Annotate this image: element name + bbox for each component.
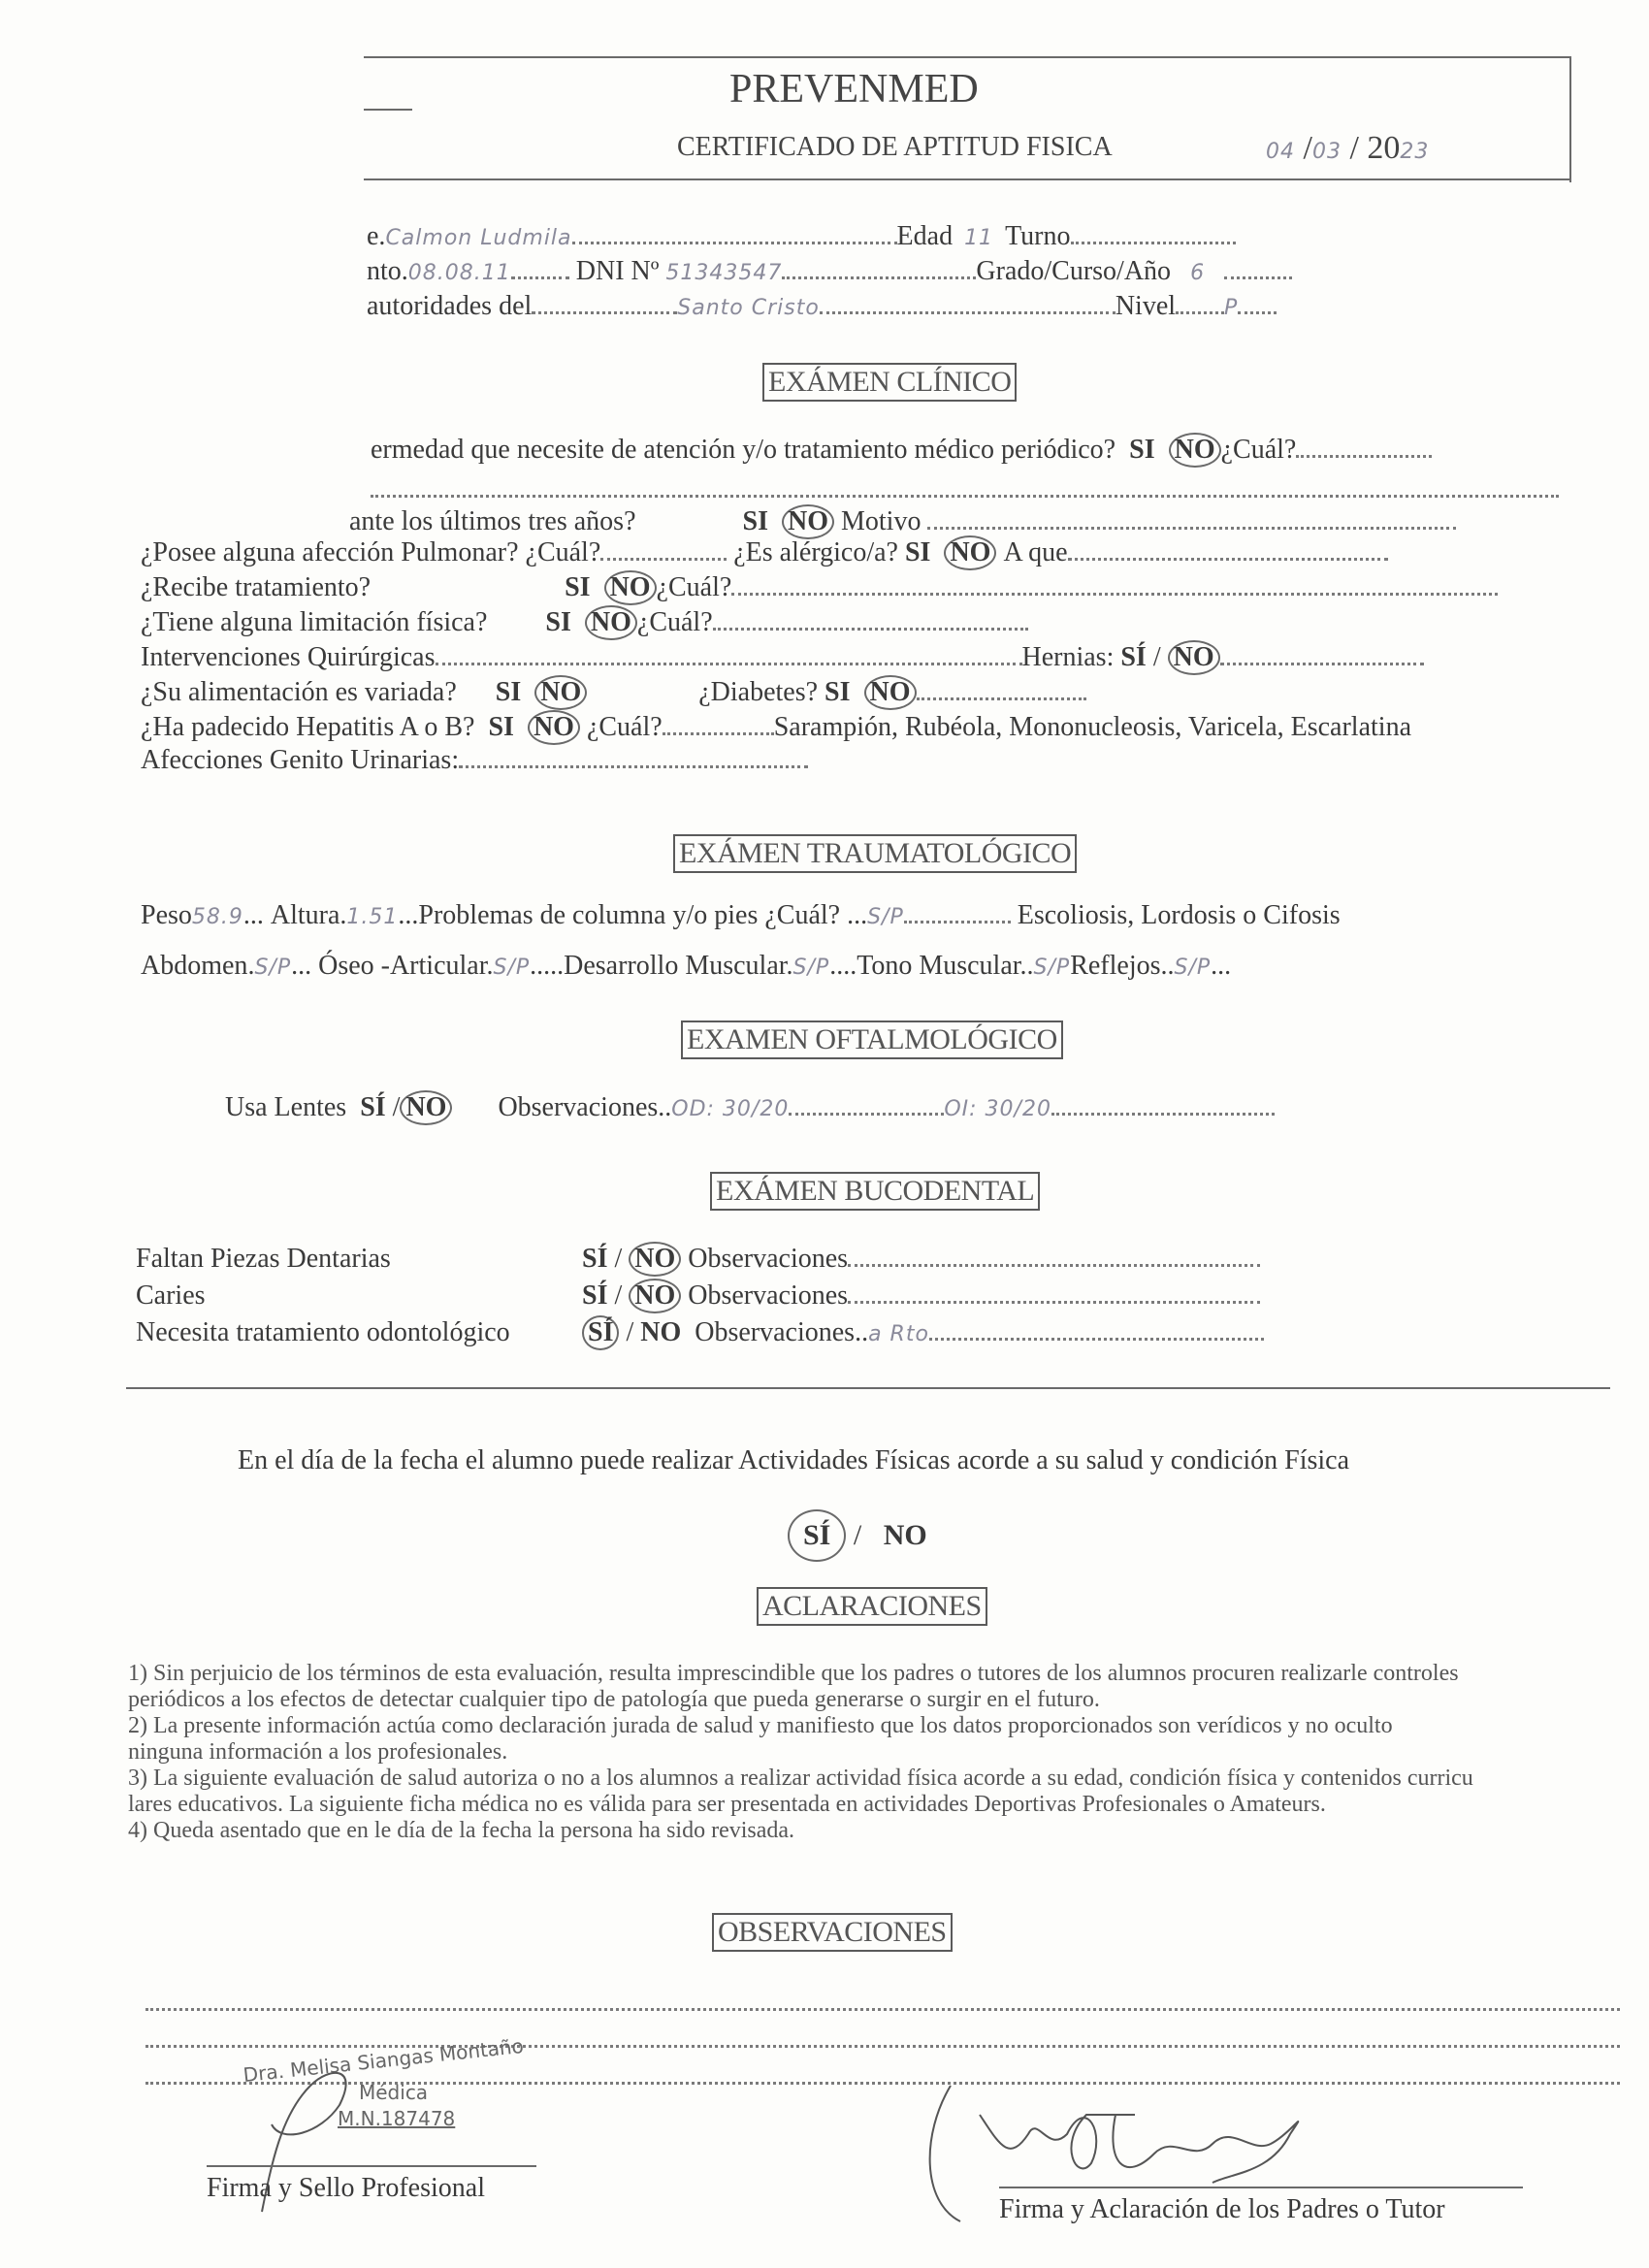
student-school-row: autoridades delSanto CristoNivelP [367, 291, 1277, 322]
section-aclaraciones-title: ACLARACIONES [757, 1587, 987, 1626]
answer-no-circled[interactable]: NO [944, 535, 996, 570]
header-mark [364, 109, 412, 111]
answer-no-circled[interactable]: NO [1169, 433, 1221, 468]
answer-no-circled[interactable]: NO [782, 504, 834, 539]
tutor-signature-label: Firma y Aclaración de los Padres o Tutor [999, 2194, 1445, 2225]
section-bucodental-title: EXÁMEN BUCODENTAL [710, 1172, 1040, 1211]
answer-circled[interactable]: NO [629, 1242, 681, 1277]
header-box-right [1569, 56, 1571, 182]
q-tratamiento-row: ¿Recibe tratamiento?SI NO¿Cuál? [141, 570, 1498, 605]
q-alimentacion-row: ¿Su alimentación es variada?SI NO¿Diabet… [141, 675, 1086, 710]
answer-no-circled[interactable]: NO [1168, 640, 1220, 675]
certificate-date: 04 /03 / 2023 [1266, 130, 1429, 167]
answer-circled[interactable]: NO [629, 1279, 681, 1313]
dni-value[interactable]: 51343547 [665, 261, 782, 285]
observaciones-line[interactable] [145, 2007, 1620, 2011]
aptitud-si-circled[interactable]: SÍ [788, 1509, 846, 1562]
aptitud-answer: SÍ / NO [788, 1509, 927, 1562]
date-month[interactable]: 03 [1312, 140, 1342, 164]
signature-line-tutor [999, 2187, 1523, 2188]
od-value[interactable]: OD: 30/20 [671, 1097, 789, 1121]
q-pulmonar-row: ¿Posee alguna afección Pulmonar? ¿Cuál? … [141, 535, 1388, 570]
section-clinical-title: EXÁMEN CLÍNICO [762, 363, 1017, 402]
aclaraciones-text: 1) Sin perjuicio de los términos de esta… [128, 1661, 1622, 1844]
q-limitacion-row: ¿Tiene alguna limitación física?SI NO¿Cu… [141, 605, 1028, 640]
q-genito-row: Afecciones Genito Urinarias: [141, 745, 808, 776]
answer-circled[interactable]: SÍ [582, 1315, 619, 1350]
answer-no-circled[interactable]: NO [585, 605, 637, 640]
level-value[interactable]: P [1224, 296, 1238, 320]
oseo-value[interactable]: S/P [493, 956, 530, 980]
bucodental-row: CariesSÍ / NO Observaciones [136, 1279, 1260, 1313]
bucodental-row: Necesita tratamiento odontológicoSÍ / NO… [136, 1315, 1264, 1350]
grade-value[interactable]: 6 [1190, 261, 1205, 285]
header-bottom-rule [364, 178, 1571, 180]
odonto-obs-value[interactable]: a Rto [868, 1322, 929, 1346]
answer-no-circled[interactable]: NO [534, 675, 587, 710]
divider [126, 1387, 1610, 1389]
altura-value[interactable]: 1.51 [346, 905, 398, 929]
dotted-line [371, 494, 1559, 498]
student-name-row: e.Calmon LudmilaEdad11Turno [367, 221, 1236, 252]
section-oftalmo-title: EXAMEN OFTALMOLÓGICO [681, 1021, 1063, 1059]
q-chronic-row: ermedad que necesite de atención y/o tra… [371, 433, 1432, 468]
date-year[interactable]: 23 [1400, 140, 1429, 164]
q-cirugias-row: Intervenciones QuirúrgicasHernias: SÍ / … [141, 640, 1424, 675]
student-age-value[interactable]: 11 [964, 226, 993, 250]
desarrollo-value[interactable]: S/P [793, 956, 830, 980]
trauma-row-2: Abdomen.S/P... Óseo -Articular.S/P.....D… [141, 951, 1231, 982]
signature-line-profesional [207, 2165, 536, 2167]
q-hosp-row: ante los últimos tres años?SI NO Motivo [349, 504, 1456, 539]
oi-value[interactable]: OI: 30/20 [944, 1097, 1051, 1121]
certificate-title: CERTIFICADO DE APTITUD FISICA [677, 132, 1113, 163]
brand-title: PREVENMED [729, 66, 979, 113]
bucodental-row: Faltan Piezas DentariasSÍ / NO Observaci… [136, 1242, 1260, 1277]
lentes-no-circled[interactable]: NO [400, 1090, 452, 1125]
birth-date-value[interactable]: 08.08.11 [408, 261, 511, 285]
header-top-rule [364, 56, 1571, 58]
columna-value[interactable]: S/P [867, 905, 904, 929]
trauma-row-1: Peso58.9... Altura.1.51...Problemas de c… [141, 900, 1341, 931]
section-trauma-title: EXÁMEN TRAUMATOLÓGICO [673, 834, 1077, 873]
oftalmo-row: Usa Lentes SÍ /NO Observaciones..OD: 30/… [225, 1090, 1275, 1125]
date-day[interactable]: 04 [1266, 140, 1295, 164]
student-id-row: nto.08.08.11 DNI Nº 51343547Grado/Curso/… [367, 256, 1292, 287]
school-value[interactable]: Santo Cristo [677, 296, 820, 320]
tono-value[interactable]: S/P [1034, 956, 1071, 980]
aptitud-statement: En el día de la fecha el alumno puede re… [238, 1445, 1349, 1476]
abdomen-value[interactable]: S/P [254, 956, 291, 980]
section-observaciones-title: OBSERVACIONES [712, 1913, 953, 1952]
answer-no-circled[interactable]: NO [864, 675, 917, 710]
q-hepatitis-row: ¿Ha padecido Hepatitis A o B? SI NO ¿Cuá… [141, 710, 1411, 745]
peso-value[interactable]: 58.9 [192, 905, 243, 929]
student-name-value[interactable]: Calmon Ludmila [385, 226, 571, 250]
reflejos-value[interactable]: S/P [1175, 956, 1212, 980]
profesional-signature-label: Firma y Sello Profesional [207, 2173, 485, 2204]
answer-no-circled[interactable]: NO [604, 570, 657, 605]
answer-no-circled[interactable]: NO [528, 710, 580, 745]
